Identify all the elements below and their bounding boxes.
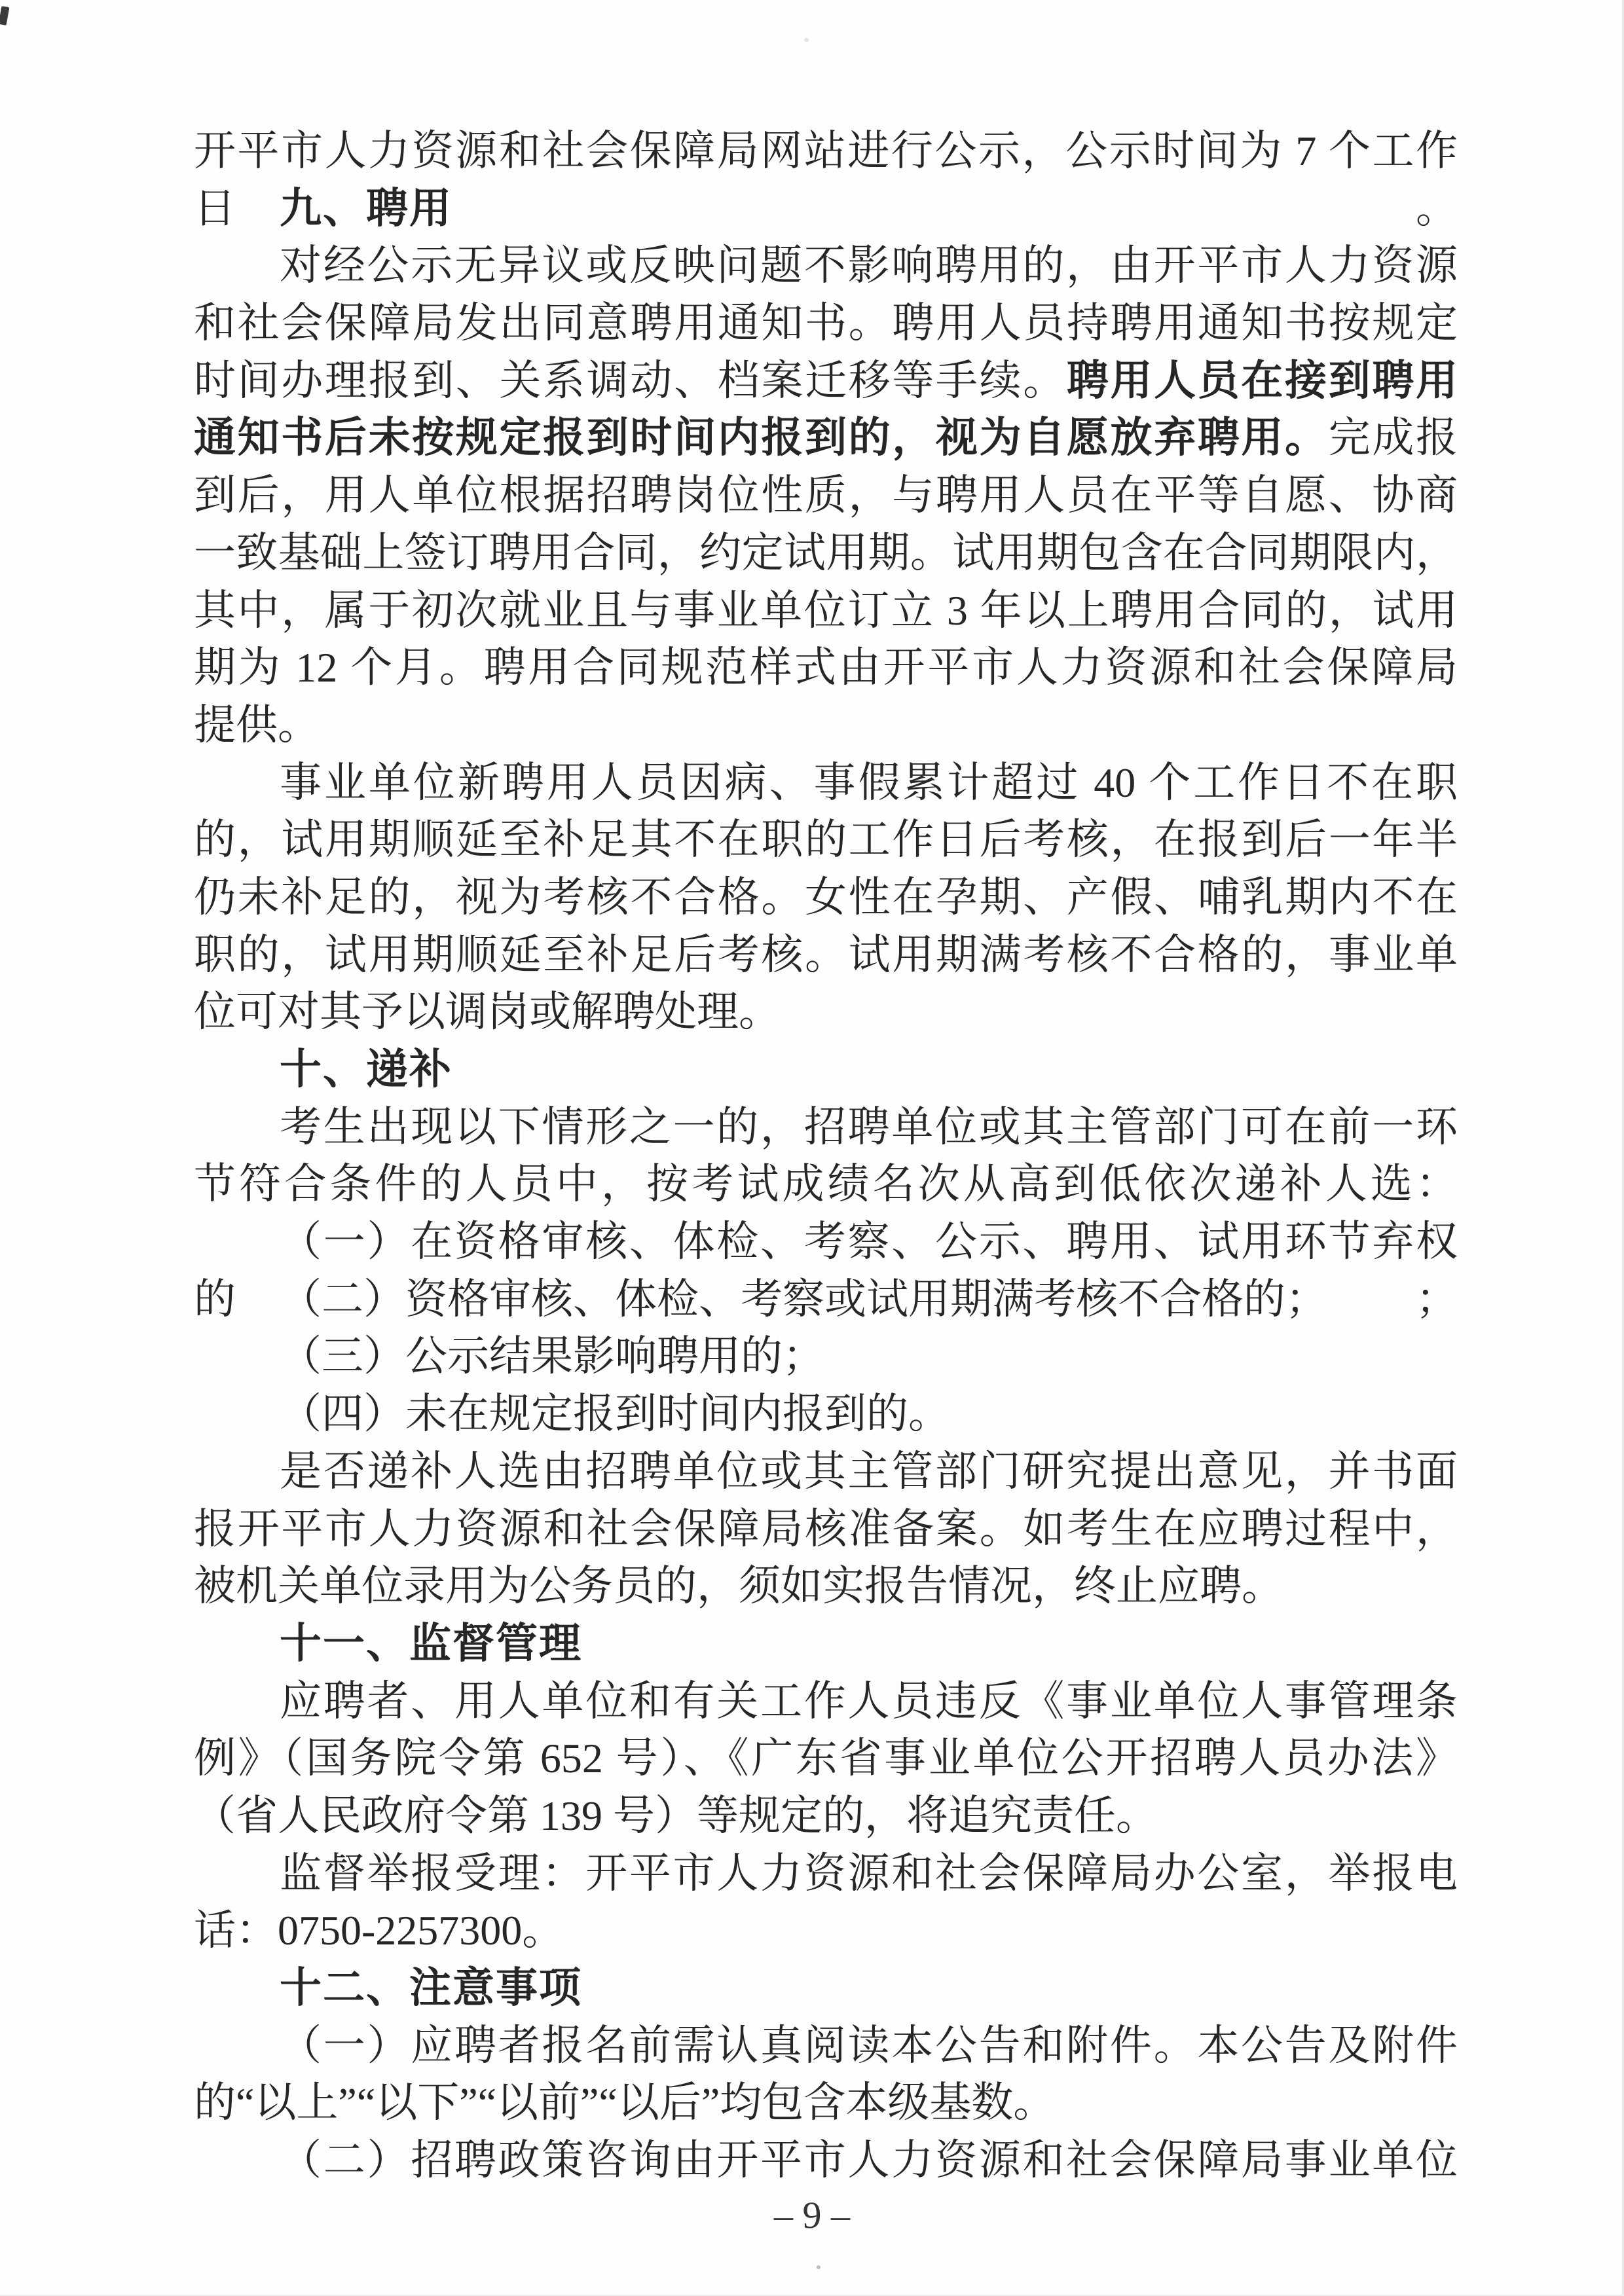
text-segment: 节符合条件的人员中，按考试成绩名次从高到低依次递补人选： <box>194 1161 1458 1207</box>
text-line: 的，试用期顺延至补足其不在职的工作日后考核，在报到后一年半 <box>194 811 1458 869</box>
text-line: 话：0750-2257300。 <box>194 1902 1458 1959</box>
scan-speck-icon <box>0 6 9 26</box>
text-line: 被机关单位录用为公务员的，须如实报告情况，终止应聘。 <box>194 1558 1458 1615</box>
text-segment: 监督举报受理：开平市人力资源和社会保障局办公室，举报电 <box>280 1850 1458 1897</box>
text-segment: 被机关单位录用为公务员的，须如实报告情况，终止应聘。 <box>194 1563 1283 1609</box>
scan-speck-icon <box>804 38 809 42</box>
text-line: 仍未补足的，视为考核不合格。女性在孕期、产假、哺乳期内不在 <box>194 869 1458 926</box>
text-segment: （四）未在规定报到时间内报到的。 <box>280 1391 950 1437</box>
text-segment: （二）招聘政策咨询由开平市人力资源和社会保障局事业单位 <box>280 2137 1458 2183</box>
heading-line: 十一、监督管理 <box>194 1615 1458 1673</box>
heading-line: 十二、注意事项 <box>194 1959 1458 2017</box>
text-line: 节符合条件的人员中，按考试成绩名次从高到低依次递补人选： <box>194 1156 1458 1213</box>
text-line: 开平市人力资源和社会保障局网站进行公示，公示时间为 7 个工作日。 <box>194 122 1458 180</box>
bold-text-segment: 九、聘用 <box>280 185 452 232</box>
text-line: 到后，用人单位根据招聘岗位性质，与聘用人员在平等自愿、协商 <box>194 467 1458 524</box>
text-line: 其中，属于初次就业且与事业单位订立 3 年以上聘用合同的，试用 <box>194 582 1458 640</box>
text-line: 对经公示无异议或反映问题不影响聘用的，由开平市人力资源 <box>194 237 1458 295</box>
text-segment: 应聘者、用人单位和有关工作人员违反《事业单位人事管理条 <box>280 1678 1458 1724</box>
text-segment: 仍未补足的，视为考核不合格。女性在孕期、产假、哺乳期内不在 <box>194 874 1458 920</box>
text-segment: 考生出现以下情形之一的，招聘单位或其主管部门可在前一环 <box>280 1104 1458 1150</box>
text-line: （三）公示结果影响聘用的； <box>194 1328 1458 1385</box>
bold-text-segment: 通知书后未按规定报到时间内报到的，视为自愿放弃聘用。 <box>194 414 1329 461</box>
text-segment: 对经公示无异议或反映问题不影响聘用的，由开平市人力资源 <box>280 242 1458 289</box>
text-line: 监督举报受理：开平市人力资源和社会保障局办公室，举报电 <box>194 1845 1458 1903</box>
text-line: 例》（国务院令第 652 号）、《广东省事业单位公开招聘人员办法》 <box>194 1730 1458 1787</box>
text-line: （省人民政府令第 139 号）等规定的，将追究责任。 <box>194 1787 1458 1845</box>
text-segment: 例》（国务院令第 652 号）、《广东省事业单位公开招聘人员办法》 <box>194 1735 1458 1781</box>
text-line: （一）应聘者报名前需认真阅读本公告和附件。本公告及附件 <box>194 2017 1458 2075</box>
text-segment: 报开平市人力资源和社会保障局核准备案。如考生在应聘过程中， <box>194 1506 1458 1552</box>
text-line: 应聘者、用人单位和有关工作人员违反《事业单位人事管理条 <box>194 1673 1458 1730</box>
text-line: 和社会保障局发出同意聘用通知书。聘用人员持聘用通知书按规定 <box>194 295 1458 352</box>
text-segment: 位可对其予以调岗或解聘处理。 <box>194 989 781 1035</box>
text-segment: （一）应聘者报名前需认真阅读本公告和附件。本公告及附件 <box>280 2022 1458 2069</box>
text-segment: 事业单位新聘用人员因病、事假累计超过 40 个工作日不在职 <box>280 759 1458 806</box>
text-line: 一致基础上签订聘用合同，约定试用期。试用期包含在合同期限内， <box>194 524 1458 582</box>
text-segment: 时间办理报到、关系调动、档案迁移等手续。 <box>194 357 1067 404</box>
text-line: 职的，试用期顺延至补足后考核。试用期满考核不合格的，事业单 <box>194 926 1458 984</box>
text-segment: （三）公示结果影响聘用的； <box>280 1333 824 1379</box>
scan-speck-icon <box>817 2265 821 2269</box>
text-line: （四）未在规定报到时间内报到的。 <box>194 1385 1458 1443</box>
text-line: 报开平市人力资源和社会保障局核准备案。如考生在应聘过程中， <box>194 1501 1458 1558</box>
text-segment: 的，试用期顺延至补足其不在职的工作日后考核，在报到后一年半 <box>194 816 1458 863</box>
text-line: 是否递补人选由招聘单位或其主管部门研究提出意见，并书面 <box>194 1443 1458 1501</box>
document-page: 开平市人力资源和社会保障局网站进行公示，公示时间为 7 个工作日。九、聘用对经公… <box>0 0 1624 2296</box>
bold-text-segment: 十一、监督管理 <box>280 1620 582 1667</box>
text-line: 的“以上”“以下”“以前”“以后”均包含本级基数。 <box>194 2074 1458 2132</box>
text-line: 时间办理报到、关系调动、档案迁移等手续。聘用人员在接到聘用 <box>194 352 1458 410</box>
text-line: （一）在资格审核、体检、考察、公示、聘用、试用环节弃权的； <box>194 1213 1458 1271</box>
text-segment: 提供。 <box>194 702 320 748</box>
text-line: 期为 12 个月。聘用合同规范样式由开平市人力资源和社会保障局 <box>194 639 1458 697</box>
text-segment: 的“以上”“以下”“以前”“以后”均包含本级基数。 <box>194 2079 1055 2126</box>
text-segment: 和社会保障局发出同意聘用通知书。聘用人员持聘用通知书按规定 <box>194 300 1458 346</box>
bold-text-segment: 十二、注意事项 <box>280 1964 582 2011</box>
text-line: （二）招聘政策咨询由开平市人力资源和社会保障局事业单位 <box>194 2132 1458 2189</box>
text-line: 位可对其予以调岗或解聘处理。 <box>194 983 1458 1041</box>
text-segment: 话：0750-2257300。 <box>194 1907 564 1954</box>
text-line: 考生出现以下情形之一的，招聘单位或其主管部门可在前一环 <box>194 1099 1458 1156</box>
text-segment: 到后，用人单位根据招聘岗位性质，与聘用人员在平等自愿、协商 <box>194 472 1458 519</box>
text-segment: 一致基础上签订聘用合同，约定试用期。试用期包含在合同期限内， <box>194 530 1458 576</box>
page-number: – 9 – <box>0 2195 1624 2236</box>
text-segment: 其中，属于初次就业且与事业单位订立 3 年以上聘用合同的，试用 <box>194 587 1458 634</box>
document-content: 开平市人力资源和社会保障局网站进行公示，公示时间为 7 个工作日。九、聘用对经公… <box>194 122 1458 2189</box>
text-segment: 是否递补人选由招聘单位或其主管部门研究提出意见，并书面 <box>280 1448 1458 1495</box>
bold-text-segment: 十、递补 <box>280 1046 452 1093</box>
heading-line: 十、递补 <box>194 1041 1458 1099</box>
text-segment: 完成报 <box>1329 414 1458 461</box>
text-segment: 职的，试用期顺延至补足后考核。试用期满考核不合格的，事业单 <box>194 932 1458 978</box>
text-line: 事业单位新聘用人员因病、事假累计超过 40 个工作日不在职 <box>194 754 1458 812</box>
text-segment: 期为 12 个月。聘用合同规范样式由开平市人力资源和社会保障局 <box>194 644 1458 691</box>
text-line: 通知书后未按规定报到时间内报到的，视为自愿放弃聘用。完成报 <box>194 409 1458 467</box>
bold-text-segment: 聘用人员在接到聘用 <box>1067 357 1458 404</box>
text-segment: （二）资格审核、体检、考察或试用期满考核不合格的； <box>280 1276 1327 1322</box>
text-line: （二）资格审核、体检、考察或试用期满考核不合格的； <box>194 1271 1458 1328</box>
text-line: 提供。 <box>194 697 1458 754</box>
text-segment: （省人民政府令第 139 号）等规定的，将追究责任。 <box>194 1793 1158 1839</box>
